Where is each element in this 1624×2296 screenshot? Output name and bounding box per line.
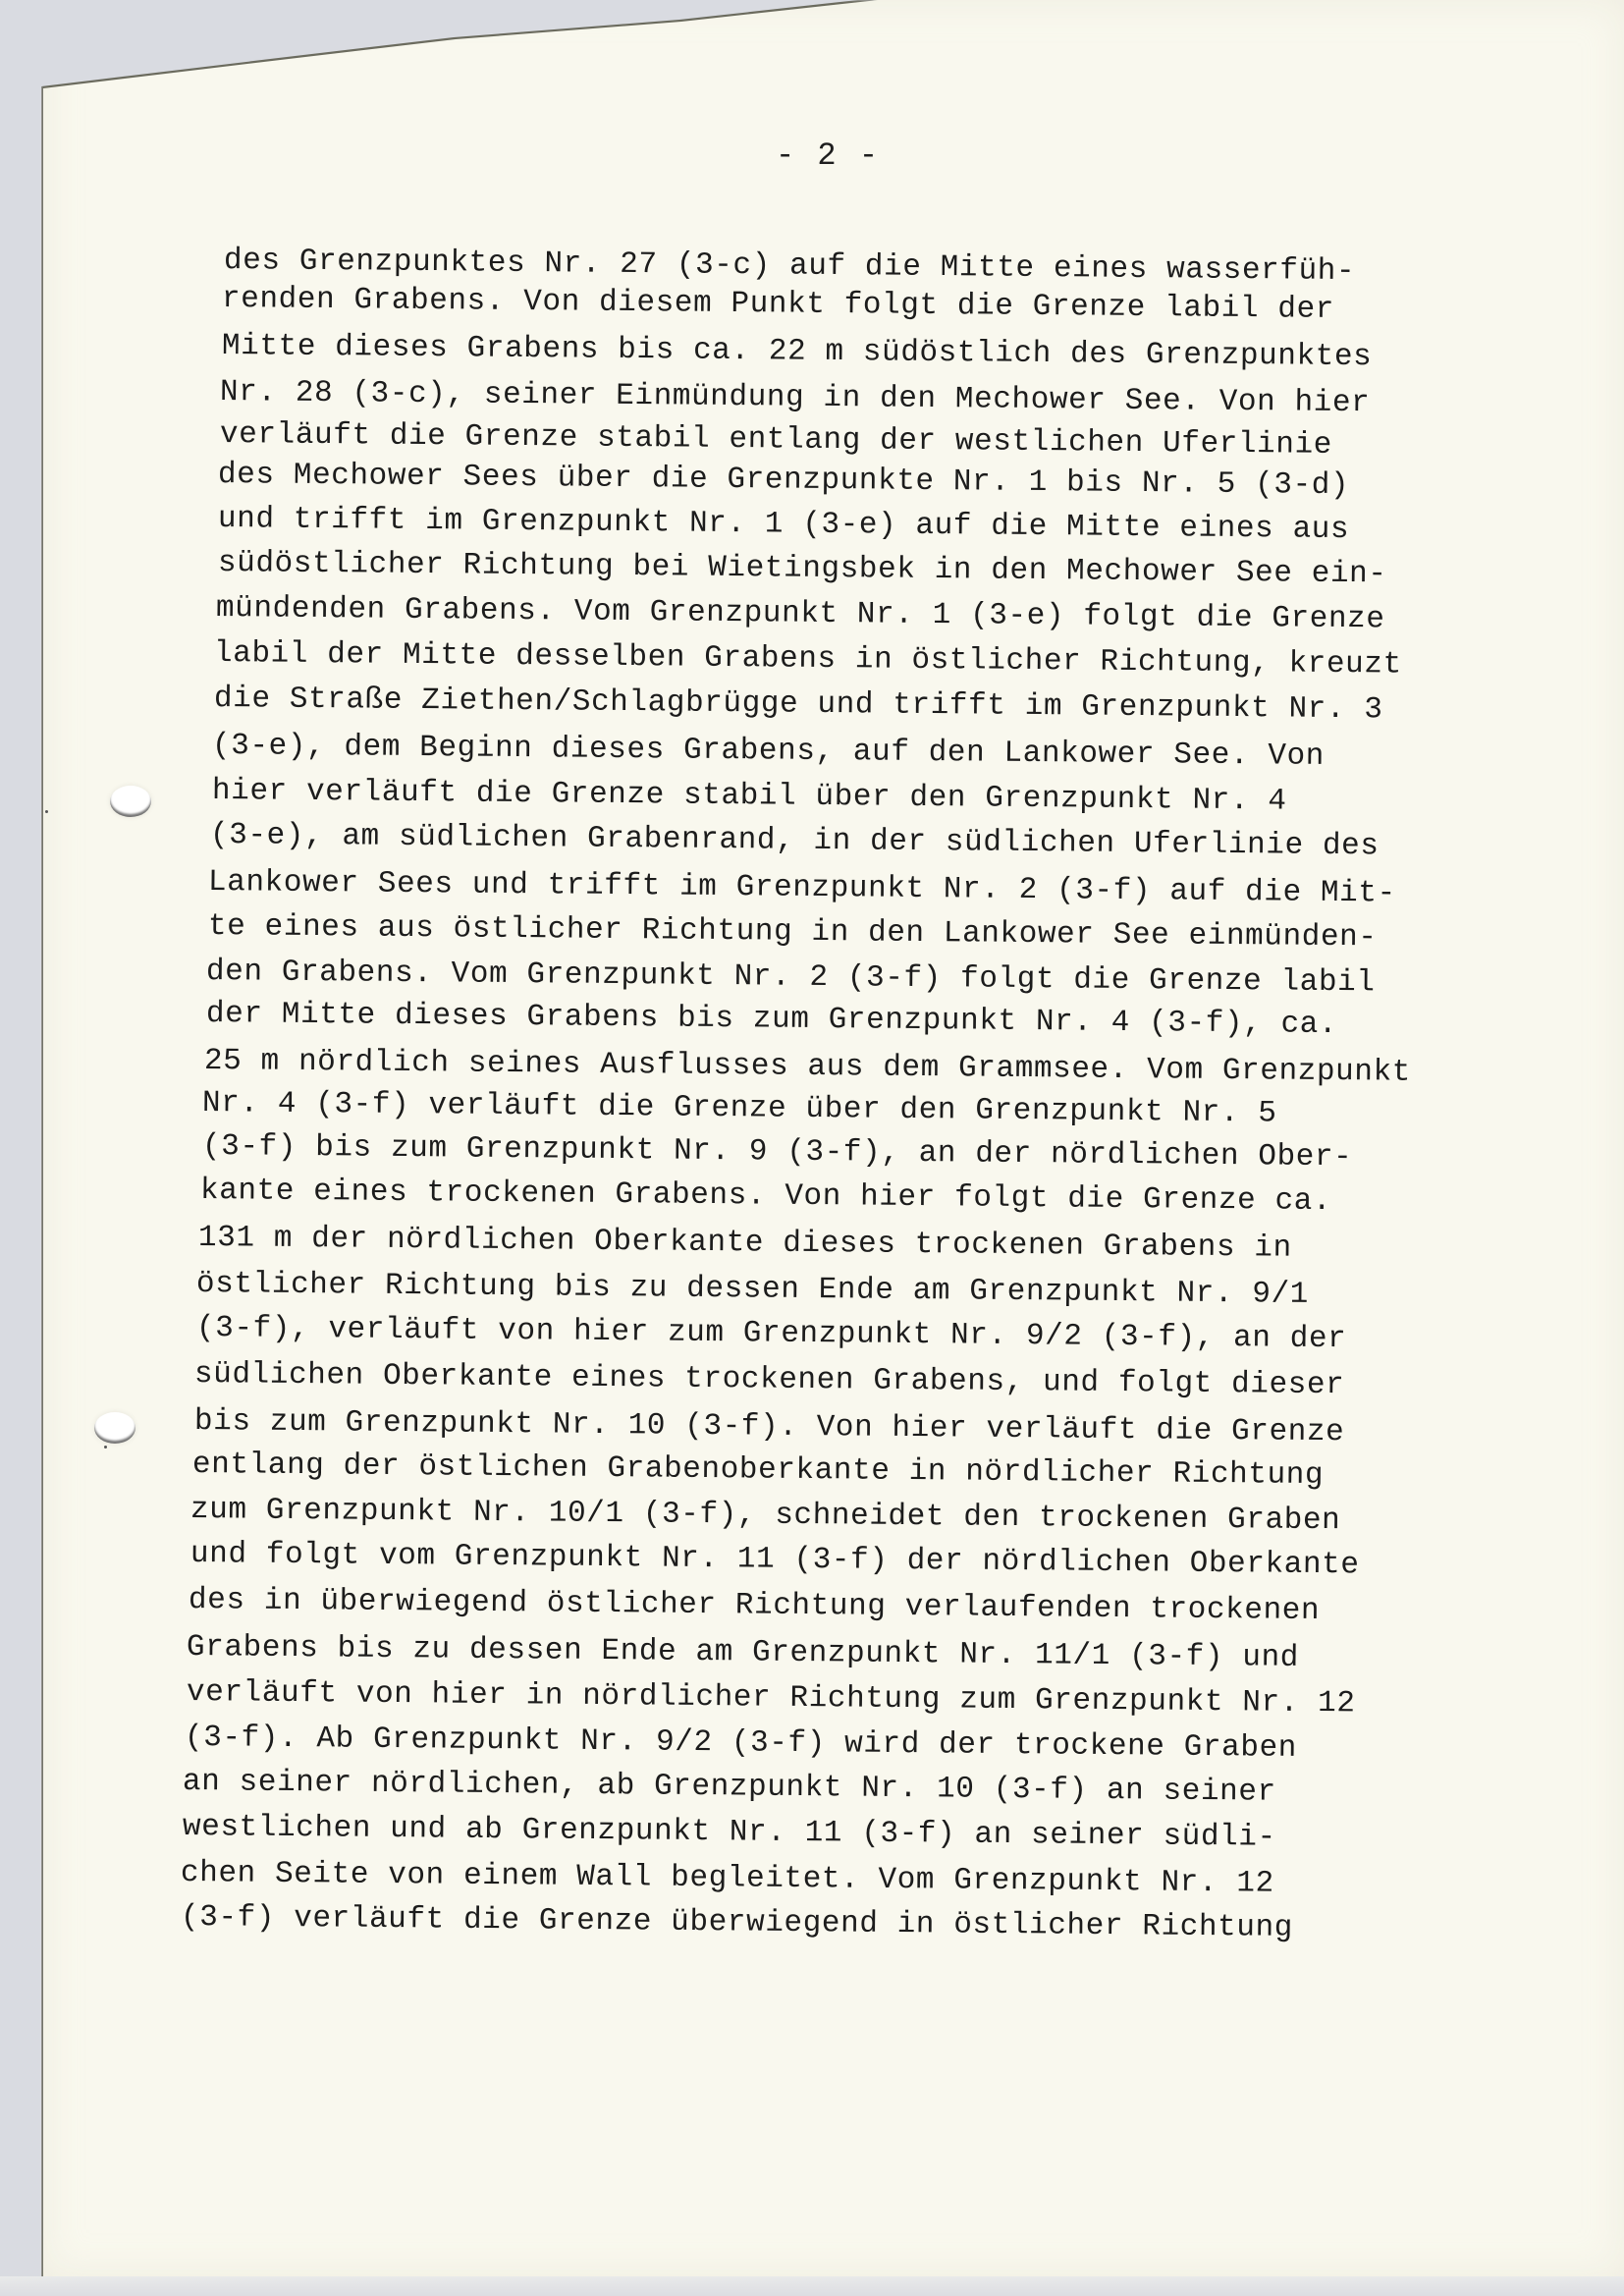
- text-line: hier verläuft die Grenze stabil über den…: [212, 774, 1287, 819]
- text-line: Mitte dieses Grabens bis ca. 22 m südöst…: [222, 329, 1373, 374]
- text-line: an seiner nördlichen, ab Grenzpunkt Nr. …: [183, 1765, 1276, 1810]
- text-line: (3-f) bis zum Grenzpunkt Nr. 9 (3-f), an…: [202, 1129, 1353, 1175]
- text-line: die Straße Ziethen/Schlagbrügge und trif…: [214, 682, 1383, 727]
- text-line: Nr. 28 (3-c), seiner Einmündung in den M…: [220, 375, 1371, 420]
- text-line: südlichen Oberkante eines trockenen Grab…: [194, 1357, 1345, 1402]
- text-line: (3-f), verläuft von hier zum Grenzpunkt …: [196, 1311, 1347, 1356]
- text-line: des in überwiegend östlicher Richtung ve…: [189, 1583, 1320, 1628]
- text-line: (3-f). Ab Grenzpunkt Nr. 9/2 (3-f) wird …: [185, 1721, 1297, 1766]
- text-line: bis zum Grenzpunkt Nr. 10 (3-f). Von hie…: [194, 1404, 1345, 1449]
- text-line: den Grabens. Vom Grenzpunkt Nr. 2 (3-f) …: [206, 955, 1376, 1000]
- text-line: kante eines trockenen Grabens. Von hier …: [200, 1174, 1331, 1219]
- text-line: der Mitte dieses Grabens bis zum Grenzpu…: [206, 997, 1337, 1042]
- text-line: mündenden Grabens. Vom Grenzpunkt Nr. 1 …: [216, 591, 1385, 636]
- text-line: des Grenzpunktes Nr. 27 (3-c) auf die Mi…: [224, 244, 1355, 289]
- text-line: südöstlicher Richtung bei Wietingsbek in…: [218, 546, 1387, 591]
- text-line: Nr. 4 (3-f) verläuft die Grenze über den…: [202, 1086, 1277, 1131]
- text-line: und folgt vom Grenzpunkt Nr. 11 (3-f) de…: [190, 1537, 1360, 1582]
- text-line: renden Grabens. Von diesem Punkt folgt d…: [222, 282, 1334, 327]
- text-line: Lankower Sees und trifft im Grenzpunkt N…: [208, 865, 1396, 911]
- text-line: verläuft die Grenze stabil entlang der w…: [220, 417, 1332, 463]
- text-line: verläuft von hier in nördlicher Richtung…: [187, 1675, 1356, 1721]
- text-line: (3-f) verläuft die Grenze überwiegend in…: [181, 1900, 1293, 1945]
- text-line: 25 m nördlich seines Ausflusses aus dem …: [204, 1044, 1411, 1090]
- text-line: entlang der östlichen Grabenoberkante in…: [192, 1448, 1324, 1493]
- text-line: zum Grenzpunkt Nr. 10/1 (3-f), schneidet…: [190, 1493, 1341, 1538]
- text-line: östlicher Richtung bis zu dessen Ende am…: [196, 1267, 1309, 1312]
- text-line: labil der Mitte desselben Grabens in öst…: [214, 636, 1402, 683]
- text-line: Grabens bis zu dessen Ende am Grenzpunkt…: [187, 1630, 1299, 1675]
- text-line: westlichen und ab Grenzpunkt Nr. 11 (3-f…: [183, 1810, 1276, 1855]
- text-line: chen Seite von einem Wall begleitet. Vom…: [181, 1856, 1274, 1901]
- text-line: 131 m der nördlichen Oberkante dieses tr…: [198, 1221, 1292, 1266]
- text-line: des Mechower Sees über die Grenzpunkte N…: [218, 458, 1349, 503]
- text-line: (3-e), dem Beginn dieses Grabens, auf de…: [212, 729, 1325, 774]
- text-line: te eines aus östlicher Richtung in den L…: [208, 909, 1378, 955]
- text-line: (3-e), am südlichen Grabenrand, in der s…: [210, 818, 1380, 863]
- body-text: des Grenzpunktes Nr. 27 (3-c) auf die Mi…: [0, 0, 1624, 2296]
- text-line: und trifft im Grenzpunkt Nr. 1 (3-e) auf…: [218, 502, 1349, 547]
